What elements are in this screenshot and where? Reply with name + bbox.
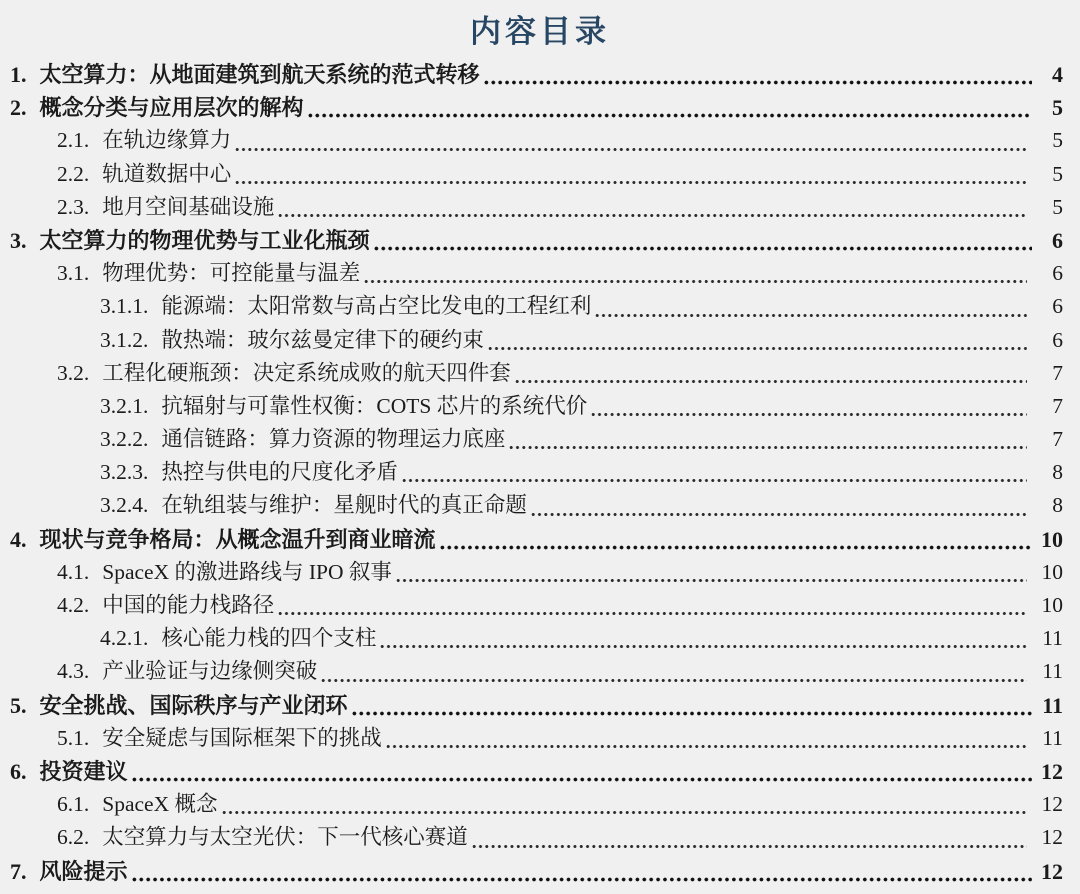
- toc-entry-label: 地月空间基础设施: [102, 191, 274, 224]
- toc-page: 内容目录 1. 太空算力：从地面建筑到航天系统的范式转移 4 2. 概念分类与应…: [0, 0, 1080, 894]
- dot-leader-icon: [595, 313, 1027, 318]
- toc-entry[interactable]: 6. 投资建议 12: [10, 755, 1063, 788]
- toc-entry-label: 物理优势：可控能量与温差: [102, 257, 360, 290]
- toc-entry[interactable]: 6.1. SpaceX 概念 12: [10, 788, 1063, 821]
- dot-leader-icon: [396, 578, 1027, 583]
- toc-entry-number: 6.2.: [57, 821, 89, 854]
- dot-leader-icon: [440, 545, 1032, 550]
- toc-entry[interactable]: 3.1.1. 能源端：太阳常数与高占空比发电的工程红利 6: [10, 290, 1063, 323]
- toc-entry-label: 核心能力栈的四个支柱: [161, 622, 376, 655]
- toc-entry[interactable]: 3.2.2. 通信链路：算力资源的物理运力底座 7: [10, 423, 1063, 456]
- toc-entry-number: 2.3.: [57, 191, 89, 224]
- toc-entry-page: 6: [1035, 224, 1063, 257]
- dot-leader-icon: [386, 744, 1027, 749]
- toc-entry-number: 3.1.1.: [100, 290, 148, 323]
- toc-entry-page: 4: [1035, 58, 1063, 91]
- toc-entry-page: 5: [1035, 191, 1063, 224]
- toc-entry-page: 6: [1035, 324, 1063, 357]
- toc-entry-label: 风险提示: [40, 855, 128, 888]
- toc-entry-page: 11: [1035, 622, 1063, 655]
- toc-entry-page: 5: [1035, 91, 1063, 124]
- toc-entry-number: 2.1.: [57, 124, 89, 157]
- dot-leader-icon: [222, 810, 1028, 815]
- toc-entry-page: 12: [1035, 821, 1063, 854]
- toc-entry-label: 投资建议: [40, 755, 128, 788]
- toc-list: 1. 太空算力：从地面建筑到航天系统的范式转移 4 2. 概念分类与应用层次的解…: [10, 58, 1063, 888]
- dot-leader-icon: [308, 113, 1032, 118]
- dot-leader-icon: [488, 346, 1027, 351]
- toc-entry-number: 3.: [10, 224, 27, 257]
- dot-leader-icon: [484, 80, 1032, 85]
- toc-entry-page: 8: [1035, 489, 1063, 522]
- toc-entry[interactable]: 2.1. 在轨边缘算力 5: [10, 124, 1063, 157]
- dot-leader-icon: [402, 478, 1027, 483]
- toc-entry[interactable]: 7. 风险提示 12: [10, 855, 1063, 888]
- toc-entry-page: 11: [1035, 655, 1063, 688]
- toc-entry-page: 10: [1035, 556, 1063, 589]
- dot-leader-icon: [591, 412, 1027, 417]
- toc-entry-label: 太空算力与太空光伏：下一代核心赛道: [102, 821, 468, 854]
- toc-entry-number: 6.: [10, 755, 27, 788]
- toc-entry-page: 10: [1035, 523, 1063, 556]
- toc-entry-page: 7: [1035, 423, 1063, 456]
- toc-entry-number: 3.1.: [57, 257, 89, 290]
- toc-entry-label: 散热端：玻尔兹曼定律下的硬约束: [161, 324, 484, 357]
- toc-entry-label: 抗辐射与可靠性权衡：COTS 芯片的系统代价: [161, 390, 587, 423]
- toc-entry[interactable]: 4.3. 产业验证与边缘侧突破 11: [10, 655, 1063, 688]
- toc-entry-label: 能源端：太阳常数与高占空比发电的工程红利: [161, 290, 591, 323]
- dot-leader-icon: [132, 877, 1032, 882]
- page-title: 内容目录: [0, 6, 1080, 51]
- toc-entry-page: 12: [1035, 855, 1063, 888]
- dot-leader-icon: [509, 445, 1027, 450]
- dot-leader-icon: [352, 711, 1032, 716]
- toc-entry-number: 3.2.4.: [100, 489, 148, 522]
- toc-entry[interactable]: 2.3. 地月空间基础设施 5: [10, 191, 1063, 224]
- toc-entry[interactable]: 1. 太空算力：从地面建筑到航天系统的范式转移 4: [10, 58, 1063, 91]
- toc-entry-label: 通信链路：算力资源的物理运力底座: [161, 423, 505, 456]
- toc-entry[interactable]: 3.2. 工程化硬瓶颈：决定系统成败的航天四件套 7: [10, 357, 1063, 390]
- toc-entry-number: 6.1.: [57, 788, 89, 821]
- toc-entry-number: 3.2.3.: [100, 456, 148, 489]
- dot-leader-icon: [235, 147, 1027, 152]
- toc-entry[interactable]: 2. 概念分类与应用层次的解构 5: [10, 91, 1063, 124]
- toc-entry[interactable]: 3.1.2. 散热端：玻尔兹曼定律下的硬约束 6: [10, 324, 1063, 357]
- toc-entry-label: 安全疑虑与国际框架下的挑战: [102, 722, 382, 755]
- toc-entry-number: 4.1.: [57, 556, 89, 589]
- toc-entry-label: 产业验证与边缘侧突破: [102, 655, 317, 688]
- toc-entry-page: 10: [1035, 589, 1063, 622]
- toc-entry-page: 6: [1035, 257, 1063, 290]
- toc-entry[interactable]: 4.2.1. 核心能力栈的四个支柱 11: [10, 622, 1063, 655]
- dot-leader-icon: [472, 844, 1027, 849]
- toc-entry-label: 热控与供电的尺度化矛盾: [161, 456, 398, 489]
- toc-entry-number: 3.2.: [57, 357, 89, 390]
- toc-entry-number: 3.2.1.: [100, 390, 148, 423]
- toc-entry-label: 工程化硬瓶颈：决定系统成败的航天四件套: [102, 357, 511, 390]
- toc-entry-number: 7.: [10, 855, 27, 888]
- toc-entry-page: 11: [1035, 689, 1063, 722]
- toc-entry[interactable]: 5.1. 安全疑虑与国际框架下的挑战 11: [10, 722, 1063, 755]
- toc-entry-label: 在轨边缘算力: [102, 124, 231, 157]
- toc-entry-label: 轨道数据中心: [102, 158, 231, 191]
- toc-entry[interactable]: 3. 太空算力的物理优势与工业化瓶颈 6: [10, 224, 1063, 257]
- toc-entry[interactable]: 3.2.1. 抗辐射与可靠性权衡：COTS 芯片的系统代价 7: [10, 390, 1063, 423]
- toc-entry-page: 7: [1035, 357, 1063, 390]
- toc-entry-number: 3.1.2.: [100, 324, 148, 357]
- toc-entry-page: 6: [1035, 290, 1063, 323]
- toc-entry-number: 3.2.2.: [100, 423, 148, 456]
- toc-entry-number: 2.: [10, 91, 27, 124]
- toc-entry-number: 4.2.1.: [100, 622, 148, 655]
- toc-entry-number: 4.3.: [57, 655, 89, 688]
- toc-entry-page: 12: [1035, 755, 1063, 788]
- toc-entry-label: 太空算力的物理优势与工业化瓶颈: [40, 224, 370, 257]
- toc-entry[interactable]: 3.2.3. 热控与供电的尺度化矛盾 8: [10, 456, 1063, 489]
- toc-entry[interactable]: 3.1. 物理优势：可控能量与温差 6: [10, 257, 1063, 290]
- toc-entry-page: 8: [1035, 456, 1063, 489]
- toc-entry-number: 4.2.: [57, 589, 89, 622]
- dot-leader-icon: [278, 611, 1027, 616]
- dot-leader-icon: [515, 379, 1027, 384]
- toc-entry-number: 4.: [10, 523, 27, 556]
- toc-entry-label: SpaceX 概念: [102, 788, 217, 821]
- dot-leader-icon: [278, 213, 1027, 218]
- toc-entry-label: SpaceX 的激进路线与 IPO 叙事: [102, 556, 392, 589]
- toc-entry-page: 7: [1035, 390, 1063, 423]
- toc-entry-page: 11: [1035, 722, 1063, 755]
- dot-leader-icon: [364, 279, 1027, 284]
- toc-entry[interactable]: 4.1. SpaceX 的激进路线与 IPO 叙事 10: [10, 556, 1063, 589]
- toc-entry[interactable]: 2.2. 轨道数据中心 5: [10, 158, 1063, 191]
- toc-entry[interactable]: 4.2. 中国的能力栈路径 10: [10, 589, 1063, 622]
- dot-leader-icon: [132, 777, 1032, 782]
- toc-entry-page: 12: [1035, 788, 1063, 821]
- toc-entry-label: 中国的能力栈路径: [102, 589, 274, 622]
- dot-leader-icon: [374, 246, 1032, 251]
- toc-entry-number: 5.1.: [57, 722, 89, 755]
- toc-entry-label: 在轨组装与维护：星舰时代的真正命题: [161, 489, 527, 522]
- dot-leader-icon: [531, 512, 1027, 517]
- toc-entry-number: 2.2.: [57, 158, 89, 191]
- toc-entry[interactable]: 3.2.4. 在轨组装与维护：星舰时代的真正命题 8: [10, 489, 1063, 522]
- toc-entry[interactable]: 6.2. 太空算力与太空光伏：下一代核心赛道 12: [10, 821, 1063, 854]
- toc-entry-number: 1.: [10, 58, 27, 91]
- dot-leader-icon: [235, 180, 1027, 185]
- dot-leader-icon: [380, 644, 1027, 649]
- toc-entry[interactable]: 4. 现状与竞争格局：从概念温升到商业暗流 10: [10, 523, 1063, 556]
- toc-entry-number: 5.: [10, 689, 27, 722]
- toc-entry-label: 概念分类与应用层次的解构: [40, 91, 304, 124]
- toc-entry-label: 现状与竞争格局：从概念温升到商业暗流: [40, 523, 436, 556]
- dot-leader-icon: [321, 678, 1027, 683]
- toc-entry-page: 5: [1035, 158, 1063, 191]
- toc-entry-label: 太空算力：从地面建筑到航天系统的范式转移: [40, 58, 480, 91]
- toc-entry-page: 5: [1035, 124, 1063, 157]
- toc-entry[interactable]: 5. 安全挑战、国际秩序与产业闭环 11: [10, 689, 1063, 722]
- toc-entry-label: 安全挑战、国际秩序与产业闭环: [40, 689, 348, 722]
